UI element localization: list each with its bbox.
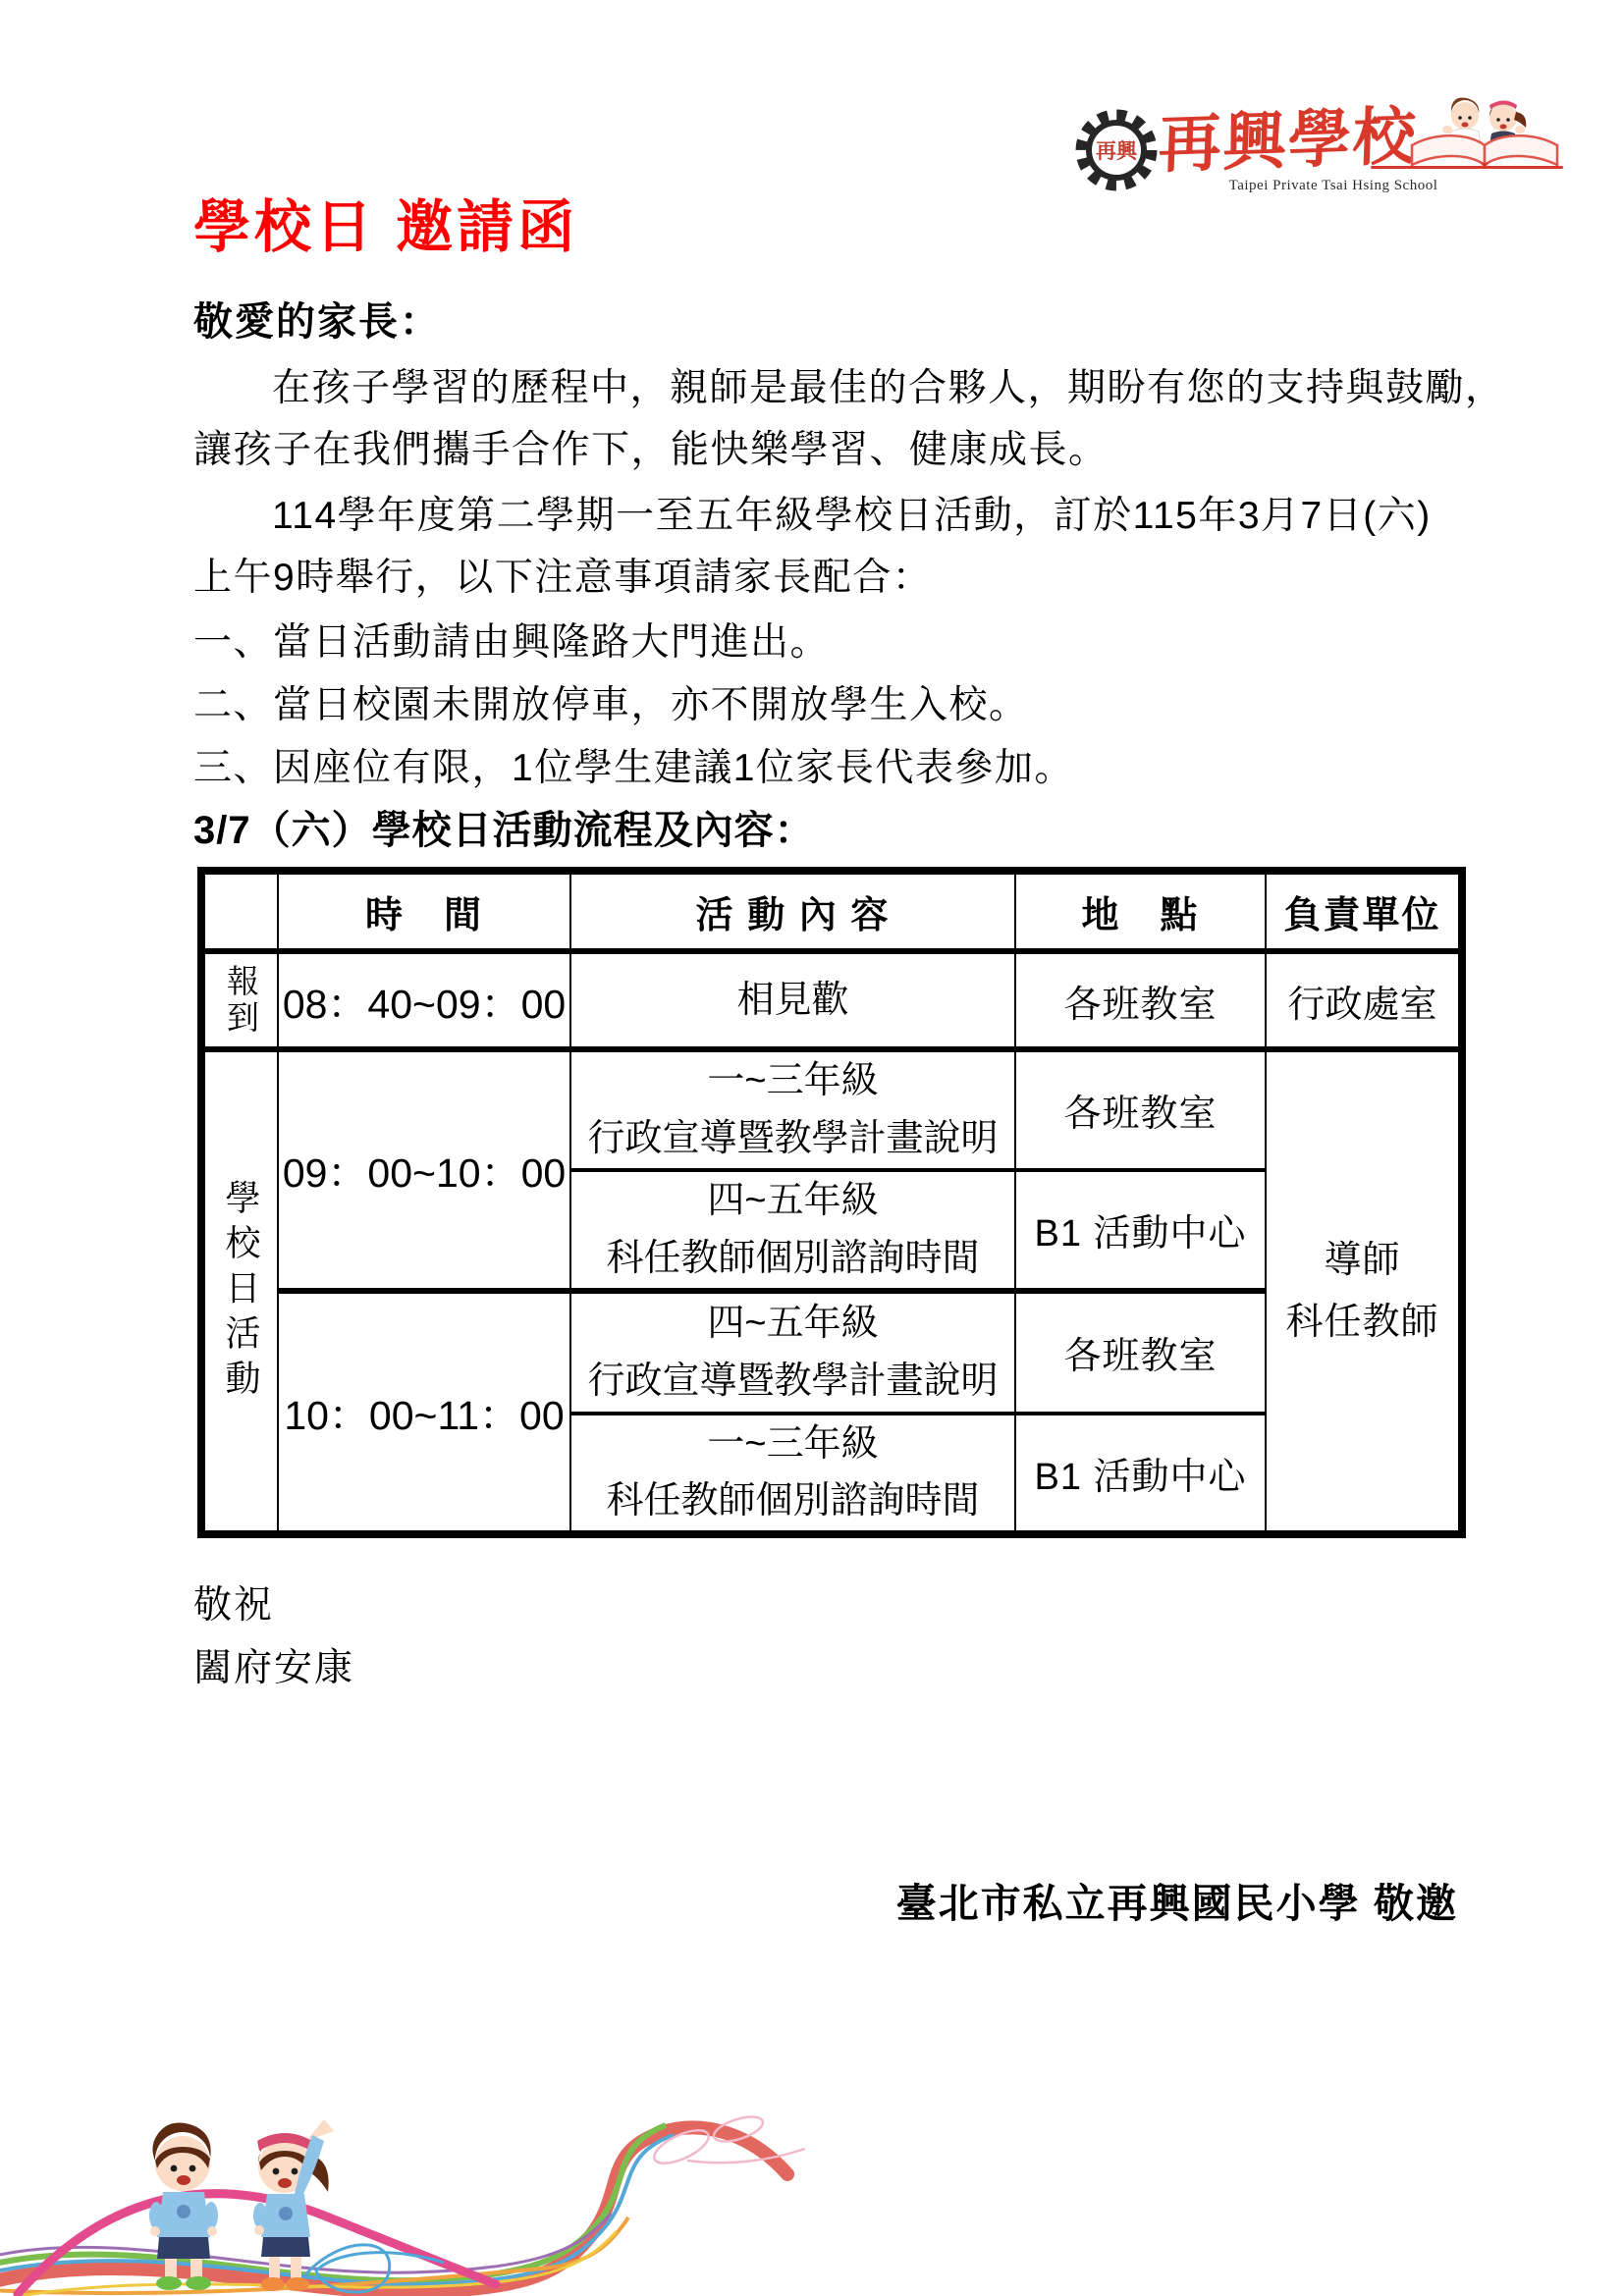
- table-row: 學校日活動 09：00~10：00 一~三年級 行政宣導暨教學計畫說明 各班教室…: [201, 1049, 1462, 1170]
- header-activity: 活 動 內 容: [570, 871, 1015, 951]
- cell-place: 各班教室: [1015, 1049, 1266, 1170]
- body-line: 114學年度第二學期一至五年級學校日活動，訂於115年3月7日(六): [193, 485, 1489, 540]
- section-label-checkin: 報到: [201, 951, 278, 1049]
- cell-activity: 四~五年級 行政宣導暨教學計畫說明: [570, 1291, 1015, 1414]
- cell-time: 08：40~09：00: [278, 951, 570, 1049]
- cell-time: 10：00~11：00: [278, 1291, 570, 1535]
- table-row-checkin: 報到 08：40~09：00 相見歡 各班教室 行政處室: [201, 951, 1462, 1049]
- cell-place: B1 活動中心: [1015, 1170, 1266, 1291]
- logo-underline: [1371, 166, 1563, 169]
- body-line: 讓孩子在我們攜手合作下，能快樂學習、健康成長。: [193, 419, 1489, 474]
- cell-place: 各班教室: [1015, 1291, 1266, 1414]
- header-section: [201, 871, 278, 951]
- book-children-icon: [1402, 90, 1567, 177]
- footer-ribbon-children-illustration: [0, 2090, 825, 2296]
- cell-unit-merged: 導師 科任教師: [1266, 1049, 1462, 1534]
- page: { "document": { "title": "學校日 邀請函", "sal…: [0, 0, 1624, 2296]
- school-name-calligraphy: 再興學校: [1157, 85, 1419, 185]
- section-label-activity: 學校日活動: [201, 1049, 278, 1534]
- header-place: 地 點: [1015, 871, 1266, 951]
- ribbon-coral: [0, 2127, 787, 2292]
- school-name-english: Taipei Private Tsai Hsing School: [1225, 178, 1441, 194]
- note-line: 三、因座位有限，1位學生建議1位家長代表參加。: [193, 737, 1489, 792]
- cell-activity: 相見歡: [570, 951, 1015, 1049]
- cell-activity: 一~三年級 行政宣導暨教學計畫說明: [570, 1049, 1015, 1170]
- cell-activity: 一~三年級 科任教師個別諮詢時間: [570, 1414, 1015, 1535]
- cell-time: 09：00~10：00: [278, 1049, 570, 1291]
- cell-unit: 行政處室: [1266, 951, 1462, 1049]
- closing-salute: 敬祝: [193, 1575, 274, 1629]
- cell-activity: 四~五年級 科任教師個別諮詢時間: [570, 1170, 1015, 1291]
- page-title: 學校日 邀請函: [193, 181, 578, 263]
- body-line: 在孩子學習的歷程中，親師是最佳的合夥人，期盼有您的支持與鼓勵，: [193, 357, 1489, 412]
- body-line: 上午9時舉行，以下注意事項請家長配合：: [193, 547, 1489, 602]
- section-label-checkin-text: 報到: [218, 964, 264, 1037]
- schedule-table: 時 間 活 動 內 容 地 點 負責單位 報到 08：40~09：00 相見歡 …: [197, 867, 1466, 1538]
- note-line: 二、當日校園未開放停車，亦不開放學生入校。: [193, 674, 1489, 729]
- closing-wish: 闔府安康: [193, 1637, 354, 1692]
- gear-seal-text: 再興: [1096, 139, 1138, 163]
- schedule-heading: 3/7（六）學校日活動流程及內容：: [193, 799, 815, 855]
- cell-place: 各班教室: [1015, 951, 1266, 1049]
- signature: 臺北市私立再興國民小學 敬邀: [896, 1871, 1458, 1929]
- cell-place: B1 活動中心: [1015, 1414, 1266, 1535]
- header-unit: 負責單位: [1266, 871, 1462, 951]
- header-time: 時 間: [278, 871, 570, 951]
- salutation: 敬愛的家長：: [193, 291, 441, 347]
- note-line: 一、當日活動請由興隆路大門進出。: [193, 612, 1489, 667]
- gear-emblem-icon: 再興: [1072, 106, 1161, 194]
- section-label-activity-text: 學校日活動: [216, 1179, 266, 1405]
- table-header-row: 時 間 活 動 內 容 地 點 負責單位: [201, 871, 1462, 951]
- ribbon-pink-tail: [687, 2149, 805, 2163]
